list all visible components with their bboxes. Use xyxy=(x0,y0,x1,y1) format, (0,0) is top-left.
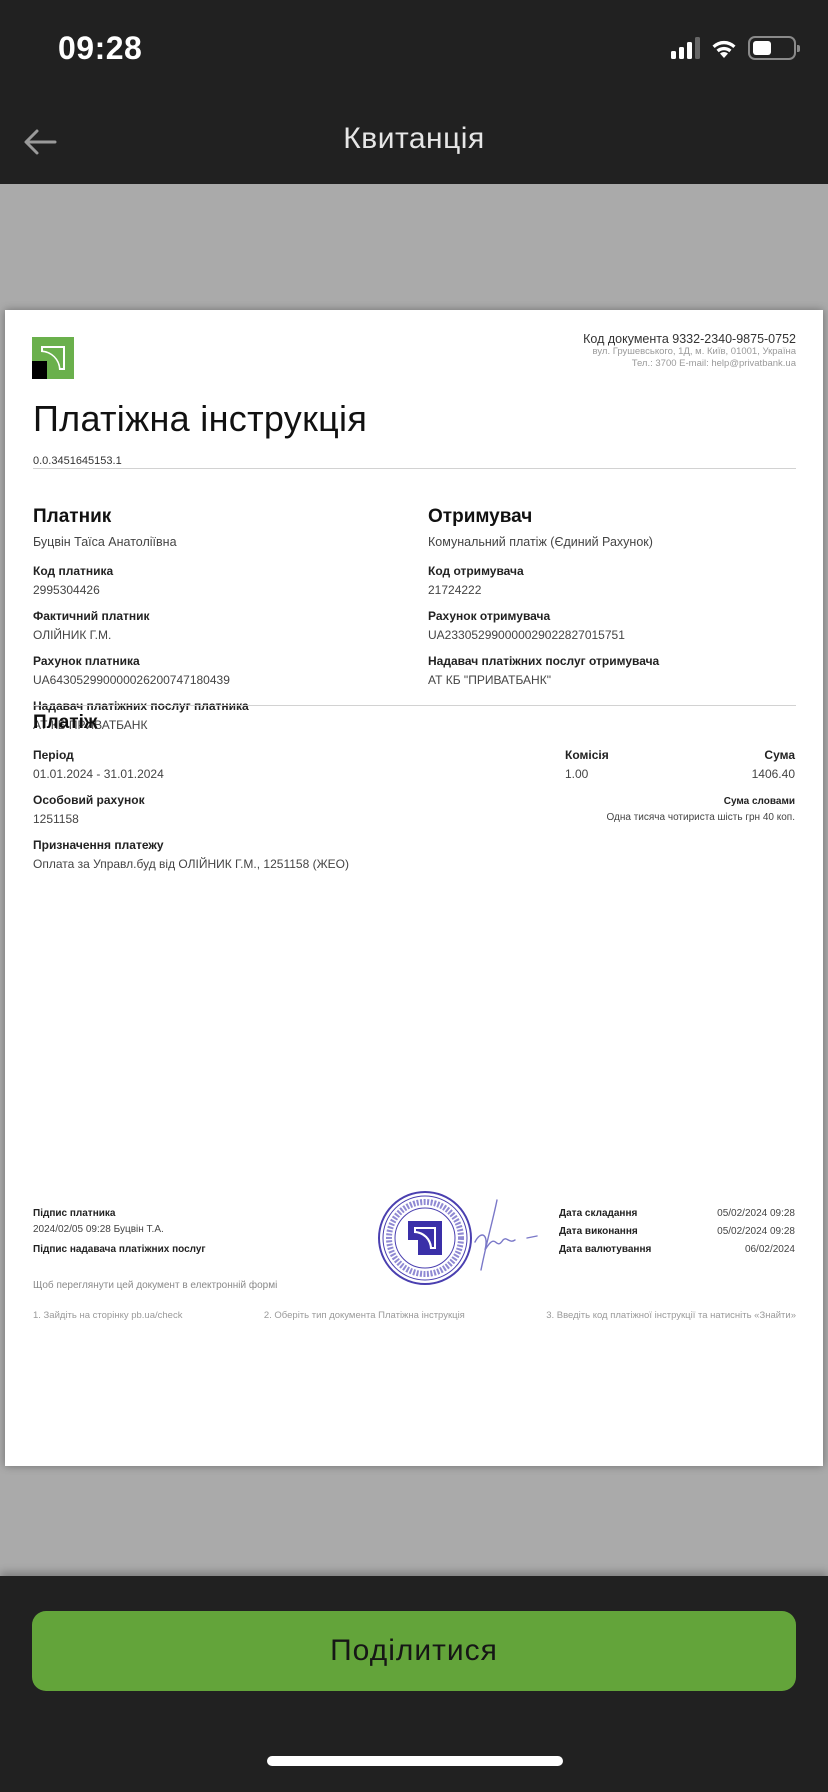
divider xyxy=(33,468,796,469)
field-value: ОЛІЙНИК Г.М. xyxy=(33,628,413,642)
field-value: Оплата за Управл.буд від ОЛІЙНИК Г.М., 1… xyxy=(33,857,453,871)
field-label: Надавач платіжних послуг отримувача xyxy=(428,654,808,668)
recipient-account-field: Рахунок отримувача UA2330529900000290228… xyxy=(428,609,808,642)
document-viewer[interactable]: Код документа 9332-2340-9875-0752 вул. Г… xyxy=(0,184,828,1576)
date-executed-row: Дата виконання 05/02/2024 09:28 xyxy=(559,1226,795,1244)
payer-section: Платник Буцвін Таїса Анатоліївна Код пла… xyxy=(33,506,413,732)
date-value-row: Дата валютування 06/02/2024 xyxy=(559,1244,795,1262)
payment-section: Платіж Період 01.01.2024 - 31.01.2024 Ос… xyxy=(33,712,795,734)
nav-bar: Квитанція xyxy=(0,100,828,184)
document-number: 0.0.3451645153.1 xyxy=(33,455,122,467)
field-label: Надавач платіжних послуг платника xyxy=(33,699,413,713)
signature-block: Підпис платника 2024/02/05 09:28 Буцвін … xyxy=(33,1208,206,1255)
personal-account-field: Особовий рахунок 1251158 xyxy=(33,793,453,826)
date-label: Дата валютування xyxy=(559,1244,651,1262)
sum-words-field: Сума словами Одна тисяча чотириста шість… xyxy=(606,796,795,823)
field-value: 2995304426 xyxy=(33,583,413,597)
document-meta: Код документа 9332-2340-9875-0752 вул. Г… xyxy=(583,332,796,370)
page-title: Квитанція xyxy=(0,122,828,156)
field-value: 01.01.2024 - 31.01.2024 xyxy=(33,767,453,781)
period-field: Період 01.01.2024 - 31.01.2024 xyxy=(33,748,453,781)
field-label: Особовий рахунок xyxy=(33,793,453,807)
footer-step: 2. Оберіть тип документа Платіжна інстру… xyxy=(264,1310,465,1321)
date-label: Дата виконання xyxy=(559,1226,638,1244)
actual-payer-field: Фактичний платник ОЛІЙНИК Г.М. xyxy=(33,609,413,642)
status-icons xyxy=(671,36,796,60)
bank-stamp-icon xyxy=(377,1190,473,1286)
recipient-title: Отримувач xyxy=(428,506,808,528)
cellular-signal-icon xyxy=(671,37,700,59)
wifi-icon xyxy=(710,37,738,59)
provider-signature-label: Підпис надавача платіжних послуг xyxy=(33,1244,206,1255)
payer-signature-label: Підпис платника xyxy=(33,1208,206,1219)
field-value: 1.00 xyxy=(565,767,609,781)
field-label: Фактичний платник xyxy=(33,609,413,623)
fee-field: Комісія 1.00 xyxy=(565,748,609,781)
field-value: UA643052990000026200747180439 xyxy=(33,673,413,687)
payer-code-field: Код платника 2995304426 xyxy=(33,564,413,597)
battery-icon xyxy=(748,36,796,60)
field-value: UA233052990000029022827015751 xyxy=(428,628,808,642)
bank-address: вул. Грушевського, 1Д, м. Київ, 01001, У… xyxy=(583,346,796,358)
field-label: Період xyxy=(33,748,453,762)
recipient-name: Комунальний платіж (Єдиний Рахунок) xyxy=(428,535,808,549)
status-time: 09:28 xyxy=(58,30,142,67)
payment-details: Період 01.01.2024 - 31.01.2024 Особовий … xyxy=(33,748,453,883)
date-value: 05/02/2024 09:28 xyxy=(717,1208,795,1226)
bottom-panel: Поділитися xyxy=(0,1576,828,1792)
field-label: Код платника xyxy=(33,564,413,578)
field-value: 1251158 xyxy=(33,812,453,826)
field-label: Рахунок отримувача xyxy=(428,609,808,623)
home-indicator[interactable] xyxy=(267,1756,563,1766)
payer-name: Буцвін Таїса Анатоліївна xyxy=(33,535,413,549)
field-label: Сума xyxy=(752,748,795,762)
field-label: Код отримувача xyxy=(428,564,808,578)
privatbank-logo-icon xyxy=(32,337,74,379)
share-button[interactable]: Поділитися xyxy=(32,1611,796,1691)
field-label: Комісія xyxy=(565,748,609,762)
payer-account-field: Рахунок платника UA643052990000026200747… xyxy=(33,654,413,687)
footer-steps: 1. Зайдіть на сторінку pb.ua/check 2. Об… xyxy=(33,1310,796,1321)
recipient-provider-field: Надавач платіжних послуг отримувача АТ К… xyxy=(428,654,808,687)
date-label: Дата складання xyxy=(559,1208,637,1226)
receipt-document: Код документа 9332-2340-9875-0752 вул. Г… xyxy=(5,310,823,1466)
field-value: 21724222 xyxy=(428,583,808,597)
field-label: Сума словами xyxy=(606,796,795,807)
recipient-code-field: Код отримувача 21724222 xyxy=(428,564,808,597)
payer-signature-value: 2024/02/05 09:28 Буцвін Т.А. xyxy=(33,1224,206,1235)
purpose-field: Призначення платежу Оплата за Управл.буд… xyxy=(33,838,453,871)
bank-contact: Тел.: 3700 E-mail: help@privatbank.ua xyxy=(583,358,796,370)
field-value: АТ КБ "ПРИВАТБАНК" xyxy=(428,673,808,687)
date-created-row: Дата складання 05/02/2024 09:28 xyxy=(559,1208,795,1226)
field-label: Рахунок платника xyxy=(33,654,413,668)
recipient-section: Отримувач Комунальний платіж (Єдиний Рах… xyxy=(428,506,808,687)
divider xyxy=(33,705,796,706)
footer-note: Щоб переглянути цей документ в електронн… xyxy=(33,1280,277,1291)
payer-title: Платник xyxy=(33,506,413,528)
status-bar: 09:28 xyxy=(0,0,828,100)
sum-field: Сума 1406.40 xyxy=(752,748,795,781)
field-value: 1406.40 xyxy=(752,767,795,781)
date-value: 06/02/2024 xyxy=(745,1244,795,1262)
document-code: Код документа 9332-2340-9875-0752 xyxy=(583,332,796,346)
document-title: Платіжна інструкція xyxy=(33,398,367,440)
footer-step: 1. Зайдіть на сторінку pb.ua/check xyxy=(33,1310,182,1321)
payment-title: Платіж xyxy=(33,712,795,734)
dates-block: Дата складання 05/02/2024 09:28 Дата вик… xyxy=(559,1208,795,1262)
footer-step: 3. Введіть код платіжної інструкції та н… xyxy=(546,1310,796,1321)
signature-icon xyxy=(467,1190,547,1280)
field-value: Одна тисяча чотириста шість грн 40 коп. xyxy=(606,812,795,823)
date-value: 05/02/2024 09:28 xyxy=(717,1226,795,1244)
field-label: Призначення платежу xyxy=(33,838,453,852)
